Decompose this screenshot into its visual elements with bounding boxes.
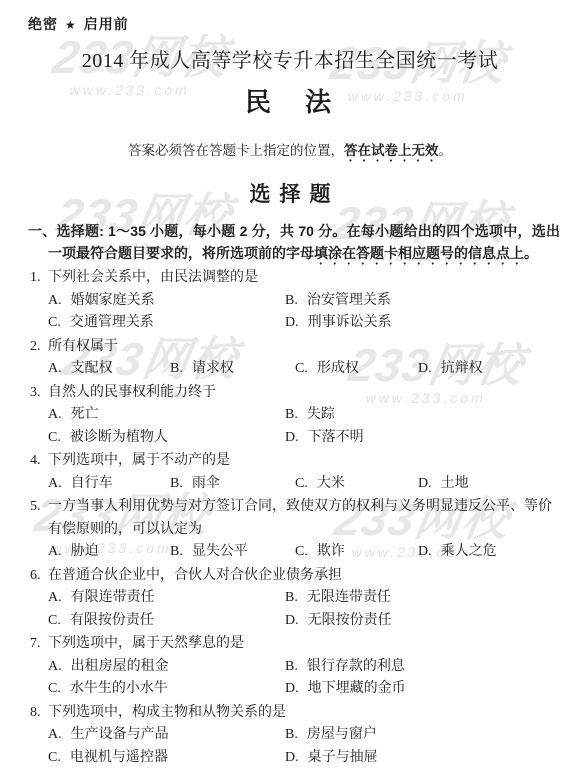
- option-text: 刑事诉讼关系: [308, 315, 392, 330]
- question: 2.所有权属于 A.支配权B.请求权C.形成权D.抗辩权: [30, 336, 564, 381]
- question-stem: 自然人的民事权利能力终于: [48, 385, 216, 400]
- option-label: B.: [285, 727, 298, 742]
- question-stem: 在普通合伙企业中，合伙人对合伙企业债务承担: [48, 568, 342, 583]
- question-stem-row: 2.所有权属于: [30, 336, 564, 359]
- question-stem-row: 6.在普通合伙企业中，合伙人对合伙企业债务承担: [30, 565, 564, 588]
- option-label: C.: [48, 613, 61, 628]
- classification-label: 绝密: [28, 16, 58, 32]
- option-label: C.: [295, 361, 308, 376]
- option-label: C.: [48, 681, 61, 696]
- option-text: 水牛生的小水牛: [70, 681, 168, 696]
- option-grid: A.自行车B.雨伞C.大米D.土地: [48, 473, 564, 496]
- question-list: 1.下列社会关系中，由民法调整的是 A.婚姻家庭关系B.治安管理关系C.交通管理…: [30, 267, 564, 770]
- question-stem-row: 3.自然人的民事权利能力终于: [30, 382, 564, 405]
- option-label: C.: [48, 315, 61, 330]
- option-text: 治安管理关系: [307, 293, 391, 308]
- option-label: A.: [48, 361, 62, 376]
- option-grid: A.胁迫B.显失公平C.欺诈D.乘人之危: [48, 541, 564, 564]
- question-stem-row: 4.下列选项中，属于不动产的是: [30, 450, 564, 473]
- question-number: 5.: [30, 496, 41, 519]
- option-text: 雨伞: [192, 476, 220, 491]
- question: 1.下列社会关系中，由民法调整的是 A.婚姻家庭关系B.治安管理关系C.交通管理…: [30, 267, 564, 335]
- instruction-number: 一、: [28, 223, 57, 239]
- option: B.银行存款的利息: [285, 656, 564, 679]
- option-label: B.: [285, 407, 298, 422]
- option-label: B.: [285, 590, 298, 605]
- option-text: 死亡: [71, 407, 99, 422]
- option-label: B.: [285, 659, 298, 674]
- option-label: C.: [295, 544, 308, 559]
- option-text: 失踪: [307, 407, 335, 422]
- option-text: 电视机与遥控器: [70, 750, 168, 765]
- option: A.婚姻家庭关系: [48, 290, 285, 313]
- exam-paper-page: 233网校 www.233.com 233网校 www.233.com 233网…: [0, 0, 580, 780]
- option-label: B.: [170, 361, 183, 376]
- option: C.水牛生的小水牛: [48, 678, 285, 701]
- option-grid: A.生产设备与产品B.房屋与窗户C.电视机与遥控器D.桌子与抽屉: [48, 724, 564, 769]
- option-label: D.: [285, 430, 299, 445]
- question-stem-row: 5.一方当事人利用优势与对方签订合同，致使双方的权利与义务明显违反公平、等价有偿…: [30, 496, 564, 541]
- question-stem-row: 1.下列社会关系中，由民法调整的是: [30, 267, 564, 290]
- question-number: 8.: [30, 702, 41, 725]
- option: B.无限连带责任: [285, 587, 564, 610]
- question-stem: 下列选项中，属于不动产的是: [48, 453, 230, 468]
- question-number: 1.: [30, 267, 41, 290]
- option-text: 有限按份责任: [70, 613, 154, 628]
- question: 8.下列选项中，构成主物和从物关系的是 A.生产设备与产品B.房屋与窗户C.电视…: [30, 702, 564, 770]
- option-label: B.: [285, 293, 298, 308]
- section-instructions: 一、选择题: 1～35 小题，每小题 2 分，共 70 分。在每小题给出的四个选…: [28, 220, 560, 268]
- question-stem: 所有权属于: [48, 339, 118, 354]
- star-icon: ★: [65, 18, 77, 32]
- option-label: D.: [285, 613, 299, 628]
- option-text: 桌子与抽屉: [308, 750, 378, 765]
- option-label: C.: [295, 476, 308, 491]
- question-stem-row: 7.下列选项中，属于天然孳息的是: [30, 633, 564, 656]
- question-stem-row: 8.下列选项中，构成主物和从物关系的是: [30, 702, 564, 725]
- option: A.胁迫: [48, 541, 170, 564]
- option-text: 出租房屋的租金: [71, 659, 169, 674]
- option-label: A.: [48, 659, 62, 674]
- option-label: D.: [285, 315, 299, 330]
- option-label: C.: [48, 430, 61, 445]
- instruction-emphasis: 填涂在答题卡相应题号的信息点上: [314, 245, 524, 261]
- option-grid: A.有限连带责任B.无限连带责任C.有限按份责任D.无限按份责任: [48, 587, 564, 632]
- option-text: 形成权: [317, 361, 359, 376]
- question-stem: 下列选项中，属于天然孳息的是: [48, 636, 244, 651]
- option: A.有限连带责任: [48, 587, 285, 610]
- subject-title: 民 法: [0, 82, 580, 119]
- option: D.抗辩权: [418, 358, 564, 381]
- option-label: D.: [418, 361, 432, 376]
- instruction-suffix: 。: [524, 245, 538, 261]
- question: 6.在普通合伙企业中，合伙人对合伙企业债务承担 A.有限连带责任B.无限连带责任…: [30, 565, 564, 633]
- option-label: B.: [170, 544, 183, 559]
- classification-banner: 绝密★启用前: [28, 14, 129, 34]
- option-label: A.: [48, 727, 62, 742]
- option-text: 请求权: [192, 361, 234, 376]
- option: B.失踪: [285, 404, 564, 427]
- question: 7.下列选项中，属于天然孳息的是 A.出租房屋的租金B.银行存款的利息C.水牛生…: [30, 633, 564, 701]
- option: D.桌子与抽屉: [285, 747, 564, 770]
- option: C.交通管理关系: [48, 312, 285, 335]
- question: 5.一方当事人利用优势与对方签订合同，致使双方的权利与义务明显违反公平、等价有偿…: [30, 496, 564, 564]
- option: B.治安管理关系: [285, 290, 564, 313]
- option-label: A.: [48, 407, 62, 422]
- option-text: 无限按份责任: [308, 613, 392, 628]
- notice-suffix: 。: [439, 143, 453, 158]
- question-number: 2.: [30, 336, 41, 359]
- option: D.刑事诉讼关系: [285, 312, 564, 335]
- question-number: 3.: [30, 382, 41, 405]
- option: C.被诊断为植物人: [48, 427, 285, 450]
- option: A.生产设备与产品: [48, 724, 285, 747]
- option-text: 无限连带责任: [307, 590, 391, 605]
- option-text: 有限连带责任: [71, 590, 155, 605]
- question: 3.自然人的民事权利能力终于 A.死亡B.失踪C.被诊断为植物人D.下落不明: [30, 382, 564, 450]
- option: B.房屋与窗户: [285, 724, 564, 747]
- question-number: 6.: [30, 565, 41, 588]
- option: D.下落不明: [285, 427, 564, 450]
- option-label: C.: [48, 750, 61, 765]
- option: C.电视机与遥控器: [48, 747, 285, 770]
- question-stem: 一方当事人利用优势与对方签订合同，致使双方的权利与义务明显违反公平、等价有偿原则…: [48, 499, 552, 537]
- option: D.土地: [418, 473, 564, 496]
- option: D.乘人之危: [418, 541, 564, 564]
- option-label: A.: [48, 544, 62, 559]
- option-text: 自行车: [71, 476, 113, 491]
- option-label: D.: [285, 750, 299, 765]
- option-label: A.: [48, 590, 62, 605]
- option: A.自行车: [48, 473, 170, 496]
- answer-notice: 答案必须答在答题卡上指定的位置，答在试卷上无效。: [0, 139, 580, 165]
- option: D.地下埋藏的金币: [285, 678, 564, 701]
- question-stem: 下列选项中，构成主物和从物关系的是: [48, 705, 286, 720]
- option-label: D.: [285, 681, 299, 696]
- exam-title: 2014 年成人高等学校专升本招生全国统一考试: [0, 44, 580, 73]
- option-grid: A.死亡B.失踪C.被诊断为植物人D.下落不明: [48, 404, 564, 449]
- option: C.大米: [295, 473, 418, 496]
- option-label: D.: [418, 476, 432, 491]
- option-grid: A.婚姻家庭关系B.治安管理关系C.交通管理关系D.刑事诉讼关系: [48, 290, 564, 335]
- option-label: A.: [48, 293, 62, 308]
- option-text: 下落不明: [308, 430, 364, 445]
- pre-use-label: 启用前: [84, 16, 129, 32]
- option: C.欺诈: [295, 541, 418, 564]
- notice-prefix: 答案必须答在答题卡上指定的位置，: [128, 143, 344, 158]
- option-text: 欺诈: [317, 544, 345, 559]
- option-text: 交通管理关系: [70, 315, 154, 330]
- section-title: 选择题: [0, 178, 580, 208]
- option-text: 地下埋藏的金币: [308, 681, 406, 696]
- option-label: A.: [48, 476, 62, 491]
- question: 4.下列选项中，属于不动产的是 A.自行车B.雨伞C.大米D.土地: [30, 450, 564, 495]
- option: A.出租房屋的租金: [48, 656, 285, 679]
- option-grid: A.出租房屋的租金B.银行存款的利息C.水牛生的小水牛D.地下埋藏的金币: [48, 656, 564, 701]
- option: A.死亡: [48, 404, 285, 427]
- option: D.无限按份责任: [285, 610, 564, 633]
- option: C.形成权: [295, 358, 418, 381]
- option-grid: A.支配权B.请求权C.形成权D.抗辩权: [48, 358, 564, 381]
- exam-content: 绝密★启用前 2014 年成人高等学校专升本招生全国统一考试 民 法 答案必须答…: [0, 0, 580, 780]
- option-text: 婚姻家庭关系: [71, 293, 155, 308]
- option-text: 显失公平: [192, 544, 248, 559]
- option: C.有限按份责任: [48, 610, 285, 633]
- option-text: 胁迫: [71, 544, 99, 559]
- option-text: 银行存款的利息: [307, 659, 405, 674]
- option-text: 土地: [441, 476, 469, 491]
- option: A.支配权: [48, 358, 170, 381]
- option-text: 生产设备与产品: [71, 727, 169, 742]
- question-number: 4.: [30, 450, 41, 473]
- question-stem: 下列社会关系中，由民法调整的是: [48, 270, 258, 285]
- option-text: 被诊断为植物人: [70, 430, 168, 445]
- option-text: 乘人之危: [441, 544, 497, 559]
- option-text: 抗辩权: [441, 361, 483, 376]
- option: B.显失公平: [170, 541, 295, 564]
- option-text: 大米: [317, 476, 345, 491]
- option: B.雨伞: [170, 473, 295, 496]
- option-label: D.: [418, 544, 432, 559]
- notice-emphasis: 答在试卷上无效: [344, 143, 439, 158]
- option: B.请求权: [170, 358, 295, 381]
- option-label: B.: [170, 476, 183, 491]
- question-number: 7.: [30, 633, 41, 656]
- option-text: 支配权: [71, 361, 113, 376]
- option-text: 房屋与窗户: [307, 727, 377, 742]
